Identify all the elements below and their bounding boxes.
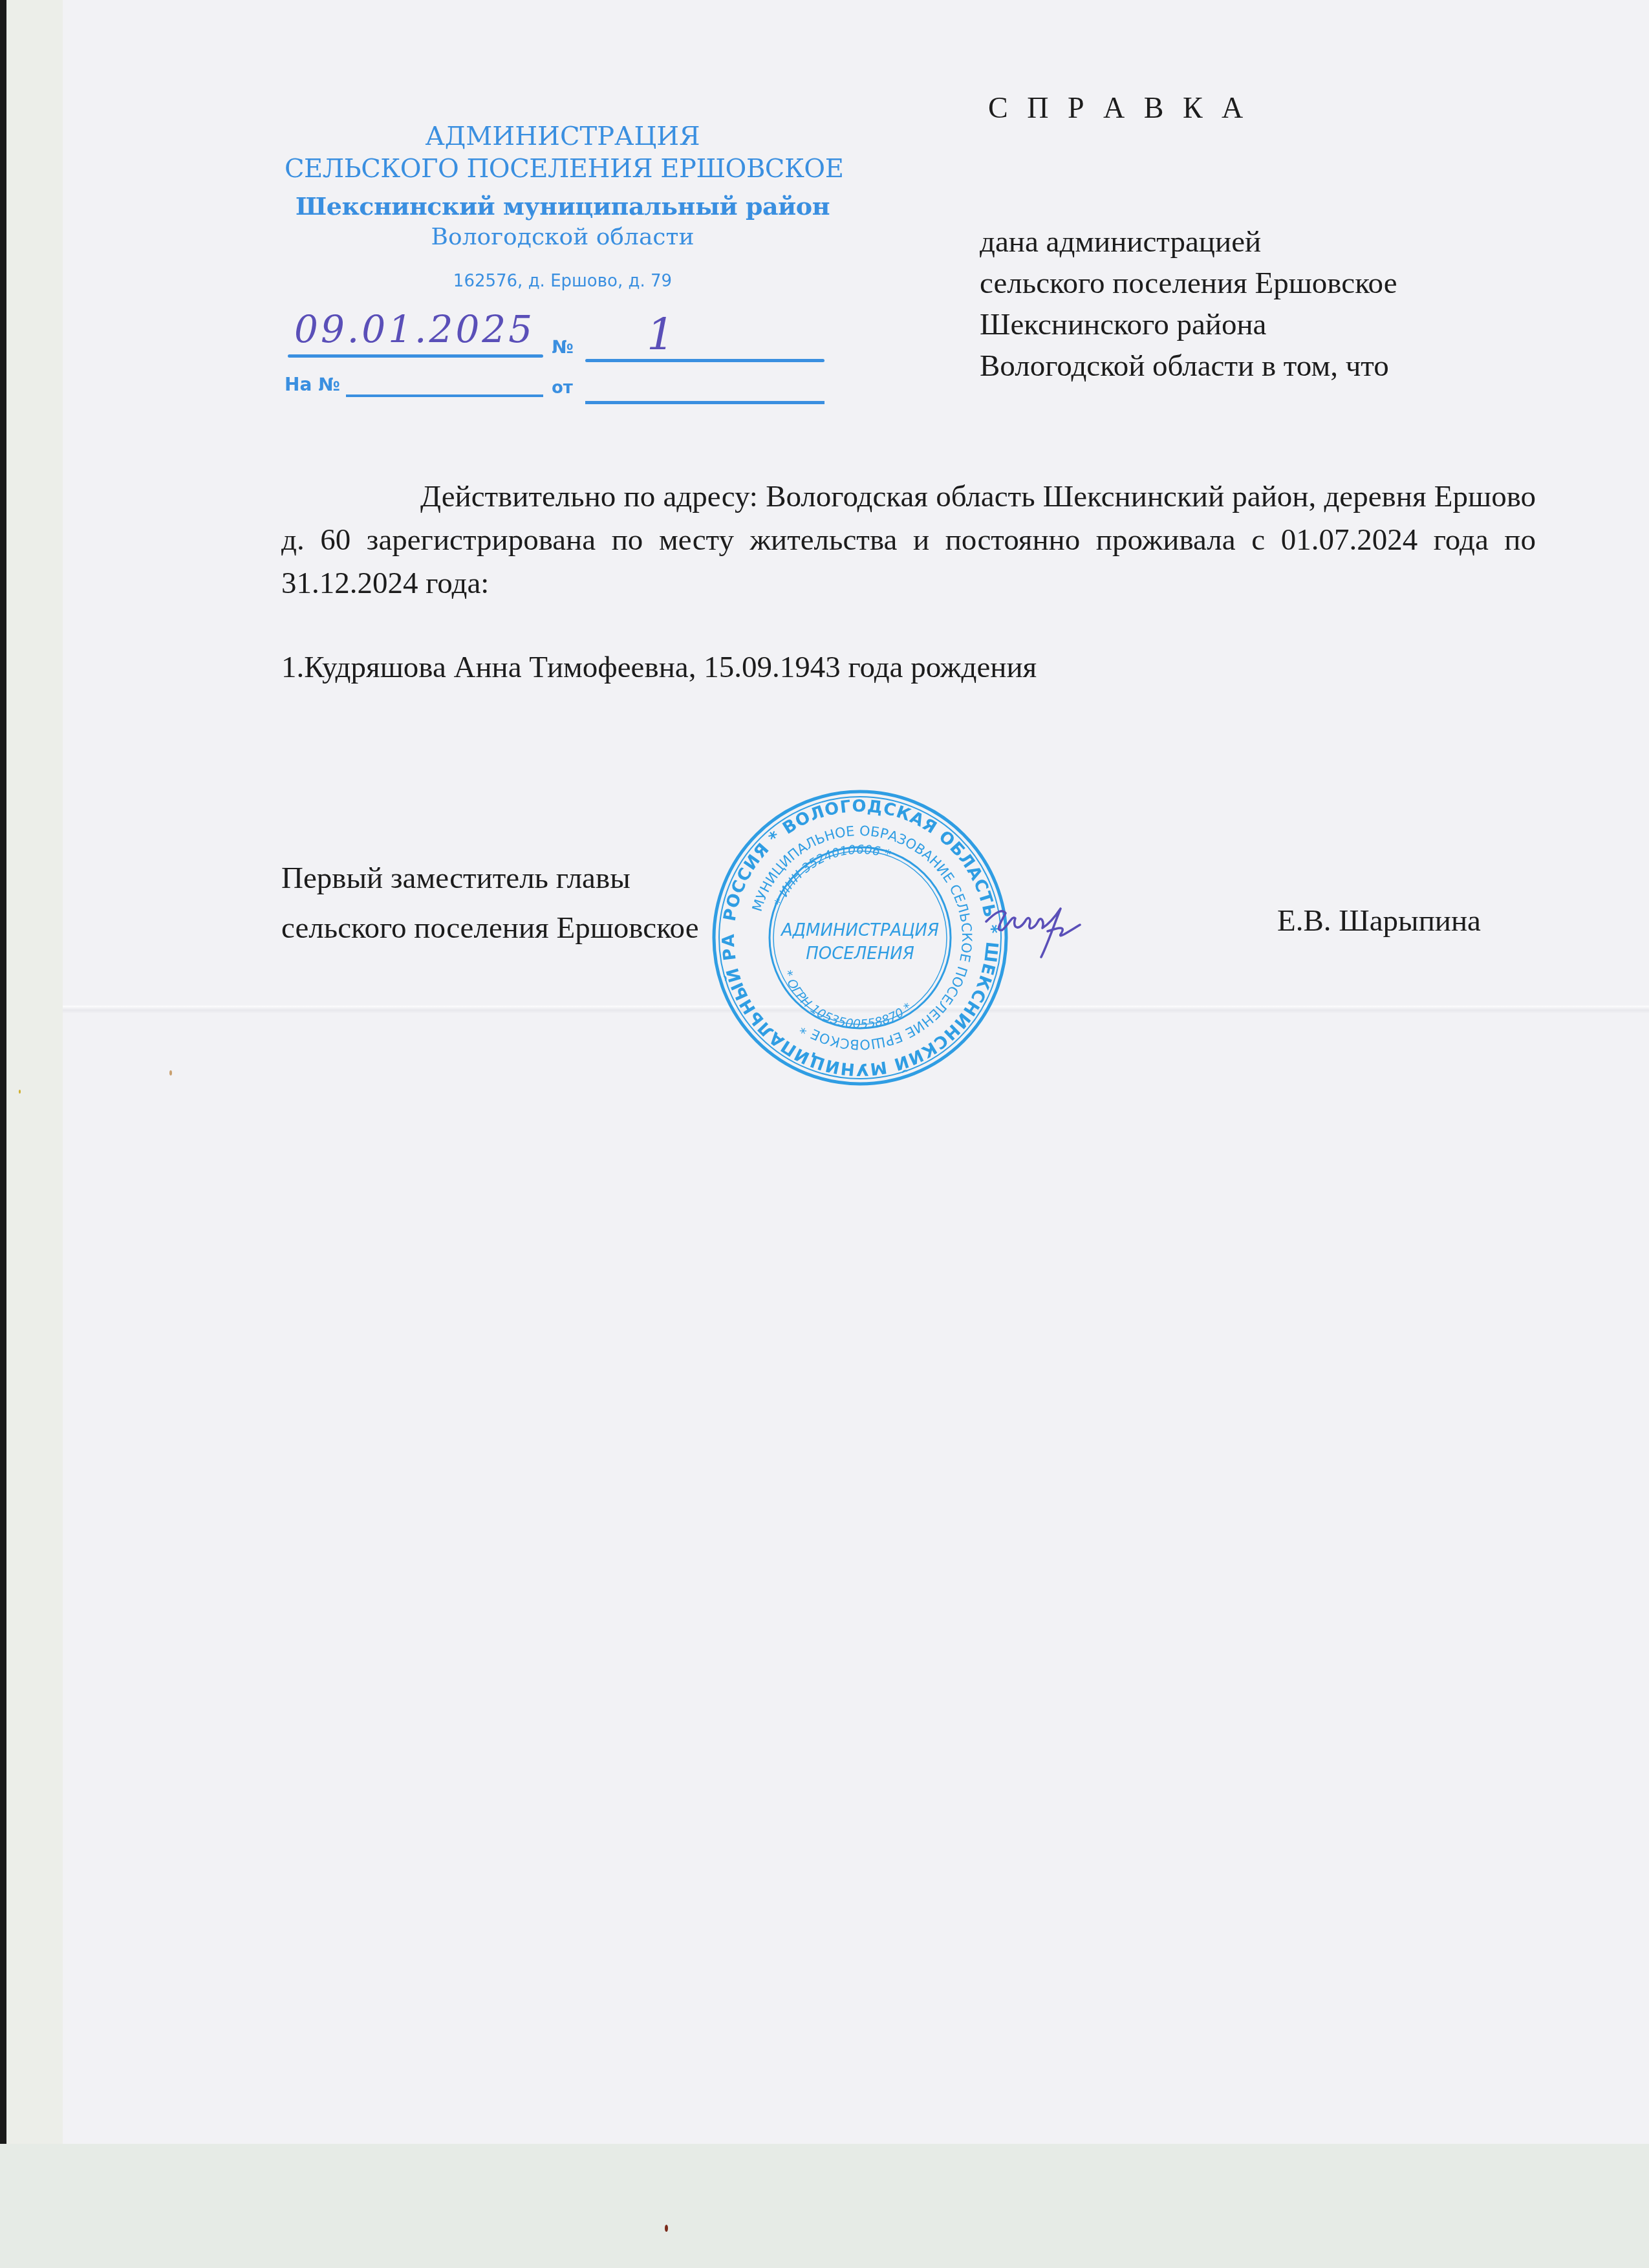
issuer-line: Шекснинского района: [980, 304, 1397, 345]
reference-number-label: На №: [285, 374, 340, 395]
date-underline: [288, 354, 543, 358]
svg-text:ПОСЕЛЕНИЯ: ПОСЕЛЕНИЯ: [806, 944, 914, 964]
document-title: С П Р А В К А: [988, 91, 1249, 125]
scanner-edge: [0, 0, 6, 2144]
svg-text:* ОГРН 1053500558870 *: * ОГРН 1053500558870 *: [780, 969, 914, 1031]
issuer-line: сельского поселения Ершовское: [980, 263, 1397, 304]
stamp-region-line: Вологодской области: [285, 224, 841, 250]
scanner-margin-left: [6, 0, 63, 2144]
reference-underline: [346, 394, 543, 397]
issuer-statement: дана администрацией сельского поселения …: [980, 221, 1397, 387]
signer-name: Е.В. Шарыпина: [1277, 903, 1481, 938]
stamp-org-line1: АДМИНИСТРАЦИЯ: [285, 122, 841, 151]
number-label: №: [552, 336, 574, 358]
signer-position-line1: Первый заместитель главы: [281, 854, 699, 903]
handwritten-signature-icon: [983, 899, 1125, 977]
issuer-line: Вологодской области в том, что: [980, 345, 1397, 387]
body-paragraph-block: Действительно по адресу: Вологодская обл…: [281, 475, 1536, 605]
body-paragraph: Действительно по адресу: Вологодская обл…: [281, 475, 1536, 605]
signer-position-line2: сельского поселения Ершовское: [281, 903, 699, 953]
from-underline: [585, 401, 824, 404]
dust-speck: [665, 2225, 668, 2232]
handwritten-number: 1: [647, 309, 674, 360]
dust-speck: [19, 1090, 21, 1094]
handwritten-date: 09.01.2025: [294, 307, 535, 351]
issuer-line: дана администрацией: [980, 221, 1397, 263]
number-underline: [585, 359, 824, 362]
resident-list-item: 1.Кудряшова Анна Тимофеевна, 15.09.1943 …: [281, 650, 1037, 685]
dust-speck: [169, 1070, 172, 1075]
stamp-org-line2: СЕЛЬСКОГО ПОСЕЛЕНИЯ ЕРШОВСКОЕ: [285, 154, 841, 184]
from-label: от: [552, 378, 573, 398]
stamp-district-line: Шекснинский муниципальный район: [285, 191, 841, 221]
signer-position: Первый заместитель главы сельского посел…: [281, 854, 699, 953]
stamp-address: 162576, д. Ершово, д. 79: [285, 272, 841, 291]
round-seal-icon: РОССИЯ * ВОЛОГОДСКАЯ ОБЛАСТЬ * ШЕКСНИНСК…: [708, 786, 1012, 1090]
scanner-margin-bottom: [0, 2144, 1649, 2268]
svg-text:АДМИНИСТРАЦИЯ: АДМИНИСТРАЦИЯ: [780, 921, 939, 940]
